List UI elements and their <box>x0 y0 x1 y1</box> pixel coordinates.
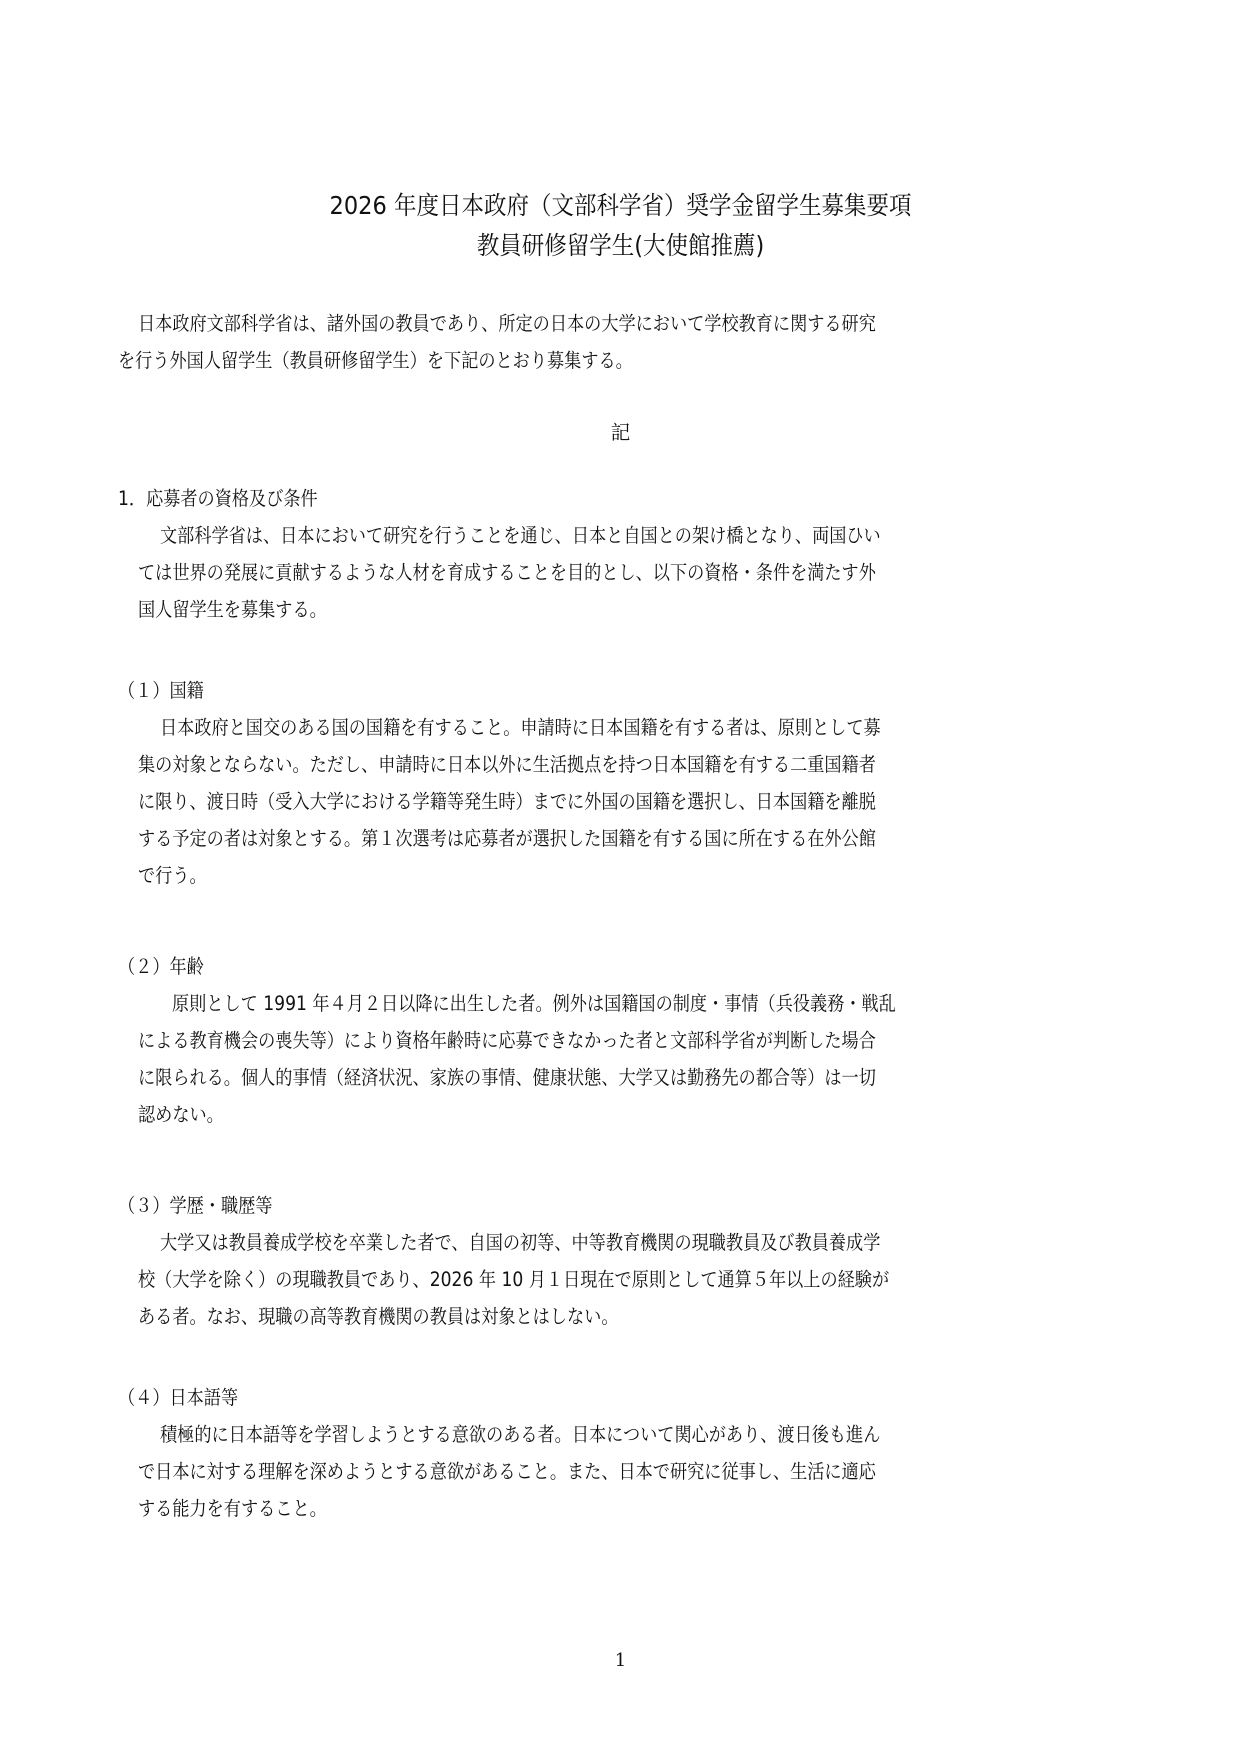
document-subtitle: 教員研修留学生(大使館推薦) <box>62 226 1179 262</box>
paragraph-line: 大学又は教員養成学校を卒業した者で、自国の初等、中等教育機関の現職教員及び教員養… <box>160 1227 880 1255</box>
paragraph-line: で日本に対する理解を深めようとする意欲があること。また、日本で研究に従事し、生活… <box>138 1456 876 1484</box>
document-title: 2026 年度日本政府（文部科学省）奨学金留学生募集要項 <box>62 186 1179 222</box>
paragraph-line: に限り、渡日時（受入大学における学籍等発生時）までに外国の国籍を選択し、日本国籍… <box>138 786 876 814</box>
paragraph-line: 文部科学省は、日本において研究を行うことを通じ、日本と自国との架け橋となり、両国… <box>160 520 881 548</box>
paragraph-line: ては世界の発展に貢献するような人材を育成することを目的とし、以下の資格・条件を満… <box>138 557 876 585</box>
subsection-heading: （２）年齢 <box>118 951 204 979</box>
intro-line: を行う外国人留学生（教員研修留学生）を下記のとおり募集する。 <box>118 345 633 373</box>
paragraph-line: で行う。 <box>138 860 207 888</box>
paragraph-line: 日本政府と国交のある国の国籍を有すること。申請時に日本国籍を有する者は、原則とし… <box>160 712 881 740</box>
document-page: 2026 年度日本政府（文部科学省）奨学金留学生募集要項 教員研修留学生(大使館… <box>0 0 1241 1754</box>
paragraph-line: する能力を有すること。 <box>138 1493 327 1521</box>
section-heading: 1．応募者の資格及び条件 <box>118 483 318 511</box>
paragraph-line: 積極的に日本語等を学習しようとする意欲のある者。日本について関心があり、渡日後も… <box>160 1419 880 1447</box>
subsection-heading: （４）日本語等 <box>118 1382 238 1410</box>
paragraph-line: 集の対象とならない。ただし、申請時に日本以外に生活拠点を持つ日本国籍を有する二重… <box>138 749 876 777</box>
page-number: 1 <box>0 1650 1241 1671</box>
paragraph-line: 認めない。 <box>138 1099 224 1127</box>
paragraph-line: 校（大学を除く）の現職教員であり、2026 年 10 月１日現在で原則として通算… <box>138 1264 889 1292</box>
paragraph-line: 原則として 1991 年４月２日以降に出生した者。例外は国籍国の制度・事情（兵役… <box>172 988 896 1016</box>
ki-marker: 記 <box>0 417 1241 445</box>
paragraph-line: する予定の者は対象とする。第１次選考は応募者が選択した国籍を有する国に所在する在… <box>138 823 876 851</box>
intro-line: 日本政府文部科学省は、諸外国の教員であり、所定の日本の大学において学校教育に関す… <box>138 308 876 336</box>
subsection-heading: （１）国籍 <box>118 675 204 703</box>
paragraph-line: ある者。なお、現職の高等教育機関の教員は対象とはしない。 <box>138 1301 618 1329</box>
paragraph-line: に限られる。個人的事情（経済状況、家族の事情、健康状態、大学又は勤務先の都合等）… <box>138 1062 876 1090</box>
paragraph-line: 国人留学生を募集する。 <box>138 594 327 622</box>
subsection-heading: （３）学歴・職歴等 <box>118 1190 272 1218</box>
paragraph-line: による教育機会の喪失等）により資格年齢時に応募できなかった者と文部科学省が判断し… <box>138 1025 876 1053</box>
